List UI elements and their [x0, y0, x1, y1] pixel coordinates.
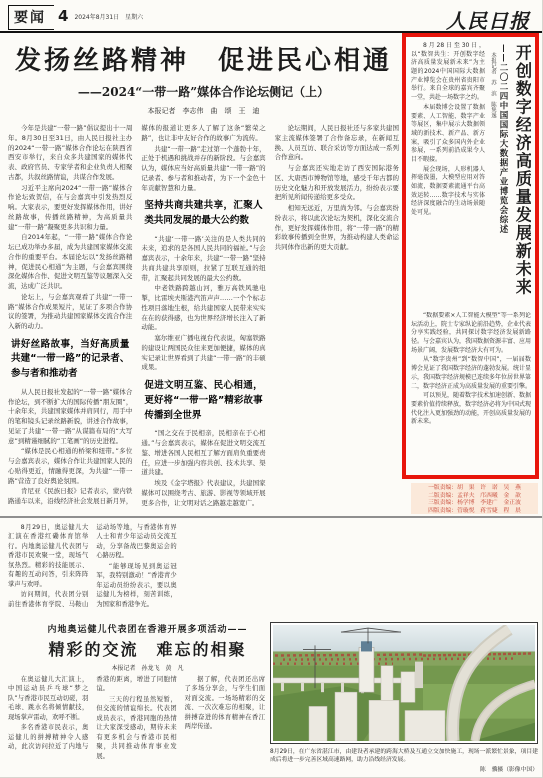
body-paragraph: 据了解，代表团还出席了多场分享会，与学生们面对面交流。一场场精彩的交流、一次次难… [185, 675, 265, 732]
body-paragraph: “能够现场见到奥运冠军，我特别激动！”香港青少年运动员纷纷表示，要以奥运健儿为榜… [96, 562, 176, 609]
digital-article-top: 8月28日至30日，以“数智共生：开创数字经济高质量发展新未来”为主题的2024… [411, 42, 531, 308]
body-paragraph: 埃及《金字塔报》代表建议，共建国家媒体可以围绕考古、旅游、影视等领域开展更多合作… [141, 479, 265, 508]
body-paragraph: “媒体是民心相通的桥梁和纽带。”多位与会嘉宾表示，媒体合作让共建国家人民的心贴得… [8, 447, 132, 486]
body-paragraph: “国之交在于民相亲，民相亲在于心相通。”与会嘉宾表示，媒体在促进文明交流互鉴、增… [141, 429, 265, 478]
digital-body-bottom: “数据要素×人工智能大模型”等一系列论坛活动上，院士专家纵论前沿趋势，企业代表分… [411, 312, 531, 462]
body-paragraph: 展会现场，人形机器人挥毫泼墨，大模型应用对答如流，数据要素流通平台高效运转……数… [411, 166, 485, 218]
body-paragraph: 四版责编：管璇悦 蒋雪婕 程 晨 [411, 508, 538, 516]
body-paragraph: 习近平主席向2024“一带一路”媒体合作论坛致贺信，在与会嘉宾中引发热烈反响。大… [8, 184, 132, 233]
body-paragraph: 在奥运健儿大汇演上，中国运动员乒乓球“梦之队”与香港市民互动切磋，羽毛球、跳水名… [8, 675, 88, 722]
body-paragraph: 一版责编：胡 果 许 诺 吴 燕 [411, 485, 538, 493]
hk-body-top: 8月29日，奥运健儿大汇演在香港红磡体育馆举行。内地奥运健儿代表团与香港市民欢聚… [8, 523, 265, 618]
body-paragraph: “数据要素×人工智能大模型”等一系列论坛活动上，院士专家纵论前沿趋势，企业代表分… [411, 312, 531, 355]
body-paragraph: 三天的行程虽然短暂，但交流的情谊绵长。代表团成员表示，香港同胞的热情让大家深受感… [96, 695, 176, 761]
hk-headline: 精彩的交流 难忘的相聚 [30, 637, 265, 660]
section-label: 要闻 [8, 5, 54, 30]
body-paragraph: 论坛期间，人民日报社还与多家共建国家主流媒体签署了合作备忘录，在新闻互换、人员互… [275, 124, 399, 163]
body-paragraph: 论坛上，与会嘉宾观看了共建“一带一路”媒体合作成果短片，见证了多项合作协议的签署… [8, 293, 132, 332]
body-paragraph: 今年是共建“一带一路”倡议提出十一周年。8月30日至31日，由人民日报社主办的2… [8, 124, 132, 183]
body-paragraph: 可以预见，随着数字技术加速创新、数据要素价值持续释放，数字经济必将为中国式现代化… [411, 392, 531, 427]
lead-body-columns: 今年是共建“一带一路”倡议提出十一周年。8月30日至31日，由人民日报社主办的2… [8, 124, 399, 514]
crosshead: 坚持共商共建共享，汇聚人类共同发展的最大公约数 [144, 199, 262, 228]
body-paragraph: 从“数字贵州”到“数智中国”，一届届数博会见证了我国数字经济的蓬勃发展。统计显示… [411, 356, 531, 391]
photo-credit: 陈 骥摄（影像中国） [270, 766, 538, 774]
digital-body-top: 8月28日至30日，以“数智共生：开创数字经济高质量发展新未来”为主题的2024… [411, 42, 485, 308]
crosshead: 讲好丝路故事，当好高质量共建“一带一路”的记录者、参与者和推动者 [11, 338, 129, 382]
photo-caption: 8月29日，在广东省湛江市，由建设者承建的跨海大桥及互通立交加快施工，现场一派繁… [270, 748, 538, 774]
page-header: 要闻42024年8月31日 星期六 人民日报 [8, 5, 534, 30]
section-divider [0, 516, 543, 518]
body-paragraph: 相知无远近，万里尚为邻。与会嘉宾纷纷表示，将以此次论坛为契机，深化交流合作，更好… [275, 204, 399, 253]
hk-byline: 本报记者 孙龙飞 黄 凡 [30, 663, 265, 672]
body-paragraph: 自2014年起，“一带一路”媒体合作论坛已成功举办多届，成为共建国家媒体交流合作… [8, 233, 132, 292]
body-paragraph: 共建“一带一路”走过第一个蓬勃十年，正处于机遇和挑战并存的新阶段。与会嘉宾认为，… [141, 145, 265, 194]
digital-headline-vertical: 开创数字经济高质量发展新未来 [512, 42, 531, 308]
body-paragraph: 与会嘉宾还实地走访了西安国际港务区、大唐西市博物馆等地，感受千年古都的历史文化魅… [275, 164, 399, 203]
body-paragraph: 中老铁路跨越山河，雅万高铁风驰电掣，比雷埃夫斯港汽笛声声……一个个标志性项目落地… [141, 284, 265, 333]
body-paragraph: 8月29日，奥运健儿大汇演在香港红磡体育馆举行。内地奥运健儿代表团与香港市民欢聚… [8, 523, 88, 589]
hk-olympians-article: 8月29日，奥运健儿大汇演在香港红磡体育馆举行。内地奥运健儿代表团与香港市民欢聚… [8, 523, 265, 773]
lead-subtitle: ——2024“一带一路”媒体合作论坛侧记（上） [8, 83, 399, 100]
lead-article: 发扬丝路精神 促进民心相通 ——2024“一带一路”媒体合作论坛侧记（上） 本报… [8, 40, 399, 514]
crosshead: 促进文明互鉴、民心相通，更好将“一带一路”精彩故事传播到全世界 [144, 379, 262, 423]
hk-body-bottom: 在奥运健儿大汇演上，中国运动员乒乓球“梦之队”与香港市民互动切磋，羽毛球、跳水名… [8, 675, 265, 768]
date-line: 2024年8月31日 星期六 [74, 5, 143, 21]
digital-subtitle: ——二〇二四中国国际大数据产业博览会综述 [497, 44, 509, 308]
page-editors-box: 一版责编：胡 果 许 诺 吴 燕二版责编：孟祥夫 邝西曦 金 歆三版责编：杨学博… [411, 483, 538, 514]
digital-subtitle-column: ——二〇二四中国国际大数据产业博览会综述 本报记者 苏 滨 陈隽逸 [489, 44, 509, 308]
hk-title-block: 内地奥运健儿代表团在香港开展多项活动—— 精彩的交流 难忘的相聚 本报记者 孙龙… [30, 622, 265, 672]
body-paragraph: 本届数博会设置了数据要素、人工智能、数字产业等展区，集中展示大数据领域的新技术、… [411, 104, 485, 165]
body-paragraph: 从人民日报社发起的“一带一路”媒体合作论坛，到不断扩大的国际传播“朋友圈”，十余… [8, 388, 132, 447]
page-number: 4 [58, 5, 68, 25]
digital-byline: 本报记者 苏 滨 陈隽逸 [489, 52, 497, 308]
lead-headline: 发扬丝路精神 促进民心相通 [8, 40, 399, 77]
lead-byline: 本报记者 李志伟 曲 颂 王 迪 [8, 106, 399, 116]
masthead-logo: 人民日报 [446, 5, 530, 34]
body-paragraph: 三版责编：杨学博 李建广 金正波 [411, 500, 538, 508]
hk-eyebrow: 内地奥运健儿代表团在香港开展多项活动—— [30, 622, 265, 635]
bridge-construction-photo [273, 625, 535, 741]
body-paragraph: 8月28日至30日，以“数智共生：开创数字经济高质量发展新未来”为主题的2024… [411, 42, 485, 103]
body-paragraph: “共建‘一带一路’关注的是人类共同的未来，追求的是各国人民共同的福祉。”与会嘉宾… [141, 235, 265, 284]
highlighted-article-digital-economy: 8月28日至30日，以“数智共生：开创数字经济高质量发展新未来”为主题的2024… [402, 33, 539, 479]
body-paragraph: 塞尔维亚广播电视台代表说，匈塞铁路的建设让两国民众往来更加便捷，媒体的真实记录让… [141, 334, 265, 373]
photo-frame [270, 622, 538, 744]
photo-caption-text: 8月29日，在广东省湛江市，由建设者承建的跨海大桥及互通立交加快施工，现场一派繁… [270, 749, 538, 763]
newspaper-page: 要闻42024年8月31日 星期六 人民日报 发扬丝路精神 促进民心相通 ——2… [0, 0, 543, 778]
